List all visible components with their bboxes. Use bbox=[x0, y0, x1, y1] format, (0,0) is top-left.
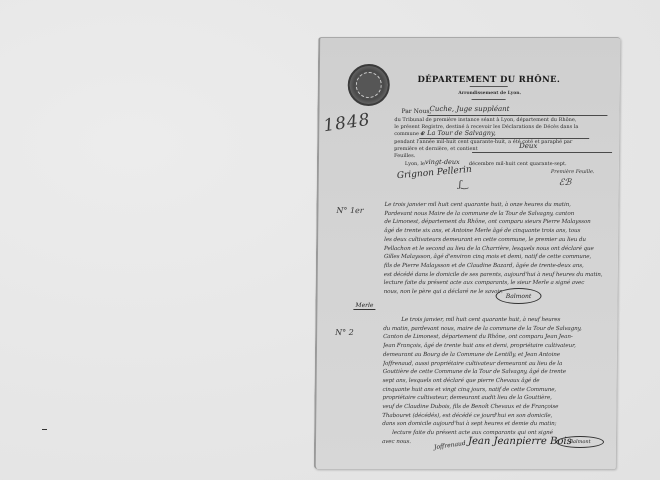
entry-line: est décédé dans le domicile de ses paren… bbox=[384, 271, 614, 280]
department-title: DÉPARTEMENT DU RHÔNE. bbox=[404, 75, 574, 85]
seal-emblem bbox=[356, 72, 382, 98]
entry-line: Gouttière de cette Commune de la Tour de… bbox=[383, 368, 613, 377]
entry-line: fils de Pierre Malaysson et de Claudine … bbox=[384, 262, 614, 271]
entry-line: propriétaire cultivateur, demeurant audi… bbox=[382, 394, 612, 403]
entry-line: veuf de Claudine Dubois, fils de Benoît … bbox=[382, 403, 612, 412]
entry-2-text: Le trois janvier, mil huit cent quarante… bbox=[382, 316, 613, 447]
entry-line: demeurant au Bourg de la Commune de Lent… bbox=[383, 351, 613, 360]
entry-line: Pellachon et le second au lieu de la Cha… bbox=[384, 245, 614, 254]
entry-line: Canton de Limonest, département du Rhône… bbox=[383, 333, 613, 342]
entry-line: Thabouret (décédés), est décédé ce jourd… bbox=[382, 412, 612, 421]
entry-line: Le trois janvier mil huit cent quarante … bbox=[384, 201, 614, 210]
scan-mark bbox=[42, 429, 47, 430]
paraph-mark: ℰℬ bbox=[559, 178, 572, 188]
entry-line: les deux cultivateurs demeurant en cette… bbox=[384, 236, 614, 245]
entry-number: N° 1er bbox=[336, 206, 363, 215]
entry-line: de Limonest, département du Rhône, ont c… bbox=[384, 218, 614, 227]
entry-1-text: Le trois janvier mil huit cent quarante … bbox=[384, 201, 615, 297]
margin-year: 1848 bbox=[322, 110, 371, 136]
entry-line: Gilles Malaysson, âgé d'environ cinq moi… bbox=[384, 253, 614, 262]
preamble-judge-hand: Cuche, Juge suppléant bbox=[429, 105, 509, 113]
paraph-mark: ʃ‿ bbox=[459, 180, 469, 190]
entry-number: N° 2 bbox=[335, 328, 354, 337]
sheet-label: Première Feuille. bbox=[551, 169, 595, 176]
signature-merle: Merle bbox=[353, 302, 375, 310]
preamble-line-7: Feuilles. bbox=[394, 153, 415, 160]
register-page: DÉPARTEMENT DU RHÔNE. Arrondissement de … bbox=[314, 37, 621, 469]
entry-line: lecture faite du présent acte aux compar… bbox=[384, 279, 614, 288]
official-seal-icon bbox=[348, 64, 390, 106]
subtitle-divider bbox=[472, 99, 506, 100]
entry-line: du matin, pardevant nous, maire de la co… bbox=[383, 325, 613, 334]
title-divider bbox=[470, 86, 508, 87]
entry-line: Le trois janvier, mil huit cent quarante… bbox=[383, 316, 613, 325]
date-hand: vingt-deux bbox=[425, 158, 460, 166]
entry-line: cinquante huit ans et vingt cinq jours, … bbox=[383, 386, 613, 395]
preamble-commune-hand: e La Tour de Salvagny, bbox=[421, 129, 496, 137]
date-prefix: Lyon, le bbox=[405, 161, 425, 168]
entry-line: Jean François, âgé de trente huit ans et… bbox=[383, 342, 613, 351]
preamble-count-hand: Deux bbox=[519, 142, 537, 150]
signature-mayor: Balmont bbox=[556, 436, 604, 448]
entry-line: âgé de trente six ans, et Antoine Merle … bbox=[384, 227, 614, 236]
entry-line: sept ans, lesquels ont déclaré que pierr… bbox=[383, 377, 613, 386]
fill-line bbox=[472, 152, 612, 153]
arrondissement-subtitle: Arrondissement de Lyon. bbox=[440, 91, 540, 96]
entry-line: dans son domicile aujourd'hui à sept heu… bbox=[382, 420, 612, 429]
entry-line: Pardevant nous Maire de la commune de la… bbox=[384, 210, 614, 219]
date-suffix: décembre mil-huit cent quarante-sept. bbox=[469, 161, 567, 168]
signature-mayor: Balmont bbox=[495, 288, 541, 304]
entry-line: Joffrenaud, aussi propriétaire cultivate… bbox=[383, 360, 613, 369]
fill-line bbox=[427, 115, 607, 116]
